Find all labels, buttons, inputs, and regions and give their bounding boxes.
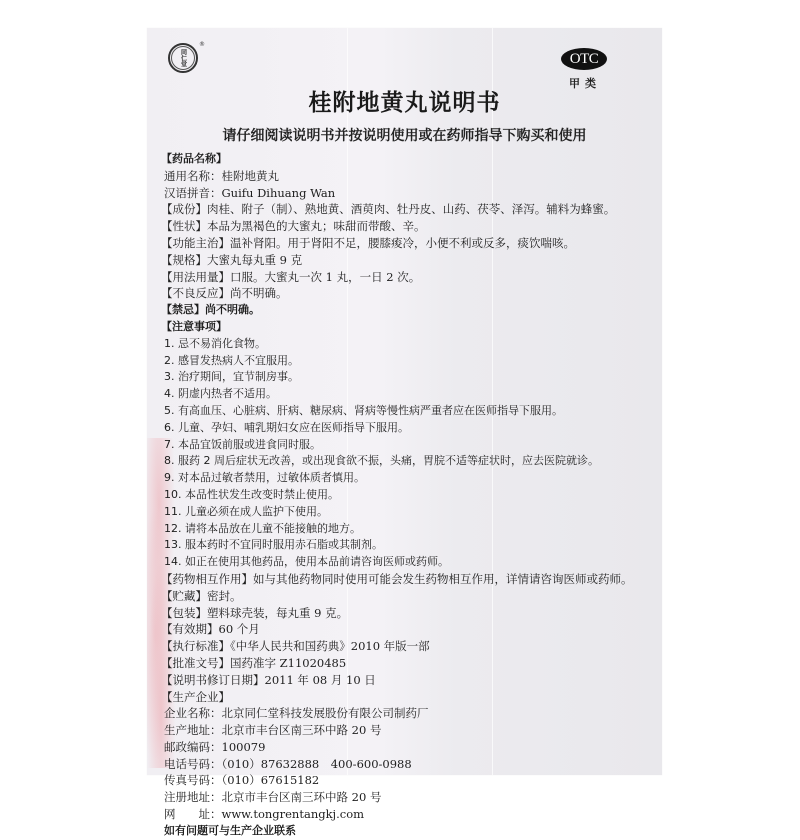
section-text: 60 个月 <box>219 622 260 636</box>
section-heading-drug-name: 【药品名称】 <box>161 151 651 168</box>
precaution-item: 14. 如正在使用其他药品，使用本品前请咨询医师或药师。 <box>161 554 651 571</box>
section-heading: 【禁忌】 <box>161 303 205 316</box>
company-name: 企业名称：北京同仁堂科技发展股份有限公司制药厂 <box>161 705 651 722</box>
section-expiry: 【有效期】60 个月 <box>161 621 651 638</box>
section-heading: 【说明书修订日期】 <box>161 673 265 687</box>
precaution-item: 4. 阴虚内热者不适用。 <box>161 386 651 403</box>
section-heading: 【不良反应】 <box>161 286 230 300</box>
section-text: 口服。大蜜丸一次 1 丸，一日 2 次。 <box>230 270 420 284</box>
registered-mark: ® <box>199 41 205 48</box>
section-text: 大蜜丸每丸重 9 克 <box>207 253 302 267</box>
generic-name: 通用名称：桂附地黄丸 <box>161 168 651 185</box>
section-adverse-reactions: 【不良反应】尚不明确。 <box>161 285 651 302</box>
document-title: 桂附地黄丸说明书 <box>147 84 662 117</box>
precaution-item: 3. 治疗期间，宜节制房事。 <box>161 369 651 386</box>
precaution-item: 8. 服药 2 周后症状无改善，或出现食欲不振，头痛，胃脘不适等症状时，应去医院… <box>161 453 651 470</box>
precaution-item: 13. 服本药时不宜同时服用赤石脂或其制剂。 <box>161 537 651 554</box>
section-text: 尚不明确。 <box>205 303 260 316</box>
section-text: 本品为黑褐色的大蜜丸；味甜而带酸、辛。 <box>207 219 426 233</box>
section-heading: 【有效期】 <box>161 622 219 636</box>
fax-number: 传真号码：（010）67615182 <box>161 772 651 789</box>
otc-badge: OTC <box>561 48 607 70</box>
section-contraindications: 【禁忌】尚不明确。 <box>161 302 651 319</box>
section-text: 2011 年 08 月 10 日 <box>265 673 376 687</box>
section-indications: 【功能主治】温补肾阳。用于肾阳不足，腰膝痠冷，小便不利或反多，痰饮喘咳。 <box>161 235 651 252</box>
precaution-item: 6. 儿童、孕妇、哺乳期妇女应在医师指导下服用。 <box>161 420 651 437</box>
precaution-item: 10. 本品性状发生改变时禁止使用。 <box>161 487 651 504</box>
document-subtitle: 请仔细阅读说明书并按说明使用或在药师指导下购买和使用 <box>147 125 662 145</box>
precaution-item: 11. 儿童必须在成人监护下使用。 <box>161 504 651 521</box>
section-heading: 【规格】 <box>161 253 207 267</box>
registered-address: 注册地址：北京市丰台区南三环中路 20 号 <box>161 789 651 800</box>
section-heading: 【成份】 <box>161 202 207 216</box>
postcode: 邮政编码：100079 <box>161 739 651 756</box>
section-description: 【性状】本品为黑褐色的大蜜丸；味甜而带酸、辛。 <box>161 218 651 235</box>
section-heading: 【批准文号】 <box>161 656 230 670</box>
production-address: 生产地址：北京市丰台区南三环中路 20 号 <box>161 722 651 739</box>
section-heading-precautions: 【注意事项】 <box>161 319 651 336</box>
section-heading: 【执行标准】 <box>161 639 230 653</box>
section-specification: 【规格】大蜜丸每丸重 9 克 <box>161 252 651 269</box>
section-text: 尚不明确。 <box>230 286 288 300</box>
section-heading-manufacturer: 【生产企业】 <box>161 689 651 706</box>
precaution-item: 9. 对本品过敏者禁用，过敏体质者慎用。 <box>161 470 651 487</box>
section-storage: 【贮藏】密封。 <box>161 588 651 605</box>
section-revision-date: 【说明书修订日期】2011 年 08 月 10 日 <box>161 672 651 689</box>
section-text: 国药准字 Z11020485 <box>230 656 346 670</box>
section-heading: 【用法用量】 <box>161 270 230 284</box>
section-text: 《中华人民共和国药典》2010 年版一部 <box>230 639 430 653</box>
section-heading: 【药物相互作用】 <box>161 572 253 586</box>
section-packaging: 【包装】塑料球壳装，每丸重 9 克。 <box>161 605 651 622</box>
section-text: 密封。 <box>207 589 242 603</box>
precaution-item: 7. 本品宜饭前服或进食同时服。 <box>161 437 651 454</box>
tongrentang-logo-icon: 同仁堂 <box>168 43 198 73</box>
section-dosage: 【用法用量】口服。大蜜丸一次 1 丸，一日 2 次。 <box>161 269 651 286</box>
section-text: 如与其他药物同时使用可能会发生药物相互作用，详情请咨询医师或药师。 <box>253 572 633 586</box>
section-heading: 【包装】 <box>161 606 207 620</box>
precaution-item: 12. 请将本品放在儿童不能接触的地方。 <box>161 521 651 538</box>
section-standard: 【执行标准】《中华人民共和国药典》2010 年版一部 <box>161 638 651 655</box>
section-ingredients: 【成份】肉桂、附子（制）、熟地黄、酒萸肉、牡丹皮、山药、茯苓、泽泻。辅料为蜂蜜。 <box>161 201 651 218</box>
precaution-item: 5. 有高血压、心脏病、肝病、糖尿病、肾病等慢性病严重者应在医师指导下服用。 <box>161 403 651 420</box>
precaution-item: 2. 感冒发热病人不宜服用。 <box>161 353 651 370</box>
section-interactions: 【药物相互作用】如与其他药物同时使用可能会发生药物相互作用，详情请咨询医师或药师… <box>161 571 651 588</box>
leaflet-paper: 同仁堂 ® OTC 甲类 桂附地黄丸说明书 请仔细阅读说明书并按说明使用或在药师… <box>147 28 662 775</box>
section-text: 塑料球壳装，每丸重 9 克。 <box>207 606 348 620</box>
section-approval: 【批准文号】国药准字 Z11020485 <box>161 655 651 672</box>
section-heading: 【功能主治】 <box>161 236 230 250</box>
precaution-item: 1. 忌不易消化食物。 <box>161 336 651 353</box>
section-text: 温补肾阳。用于肾阳不足，腰膝痠冷，小便不利或反多，痰饮喘咳。 <box>230 236 575 250</box>
phone-number: 电话号码：（010）87632888 400-600-0988 <box>161 756 651 773</box>
leaflet-body: 【药品名称】 通用名称：桂附地黄丸 汉语拼音：Guifu Dihuang Wan… <box>161 151 651 800</box>
section-heading: 【贮藏】 <box>161 589 207 603</box>
pinyin-name: 汉语拼音：Guifu Dihuang Wan <box>161 185 651 202</box>
section-text: 肉桂、附子（制）、熟地黄、酒萸肉、牡丹皮、山药、茯苓、泽泻。辅料为蜂蜜。 <box>207 202 615 216</box>
section-heading: 【性状】 <box>161 219 207 233</box>
